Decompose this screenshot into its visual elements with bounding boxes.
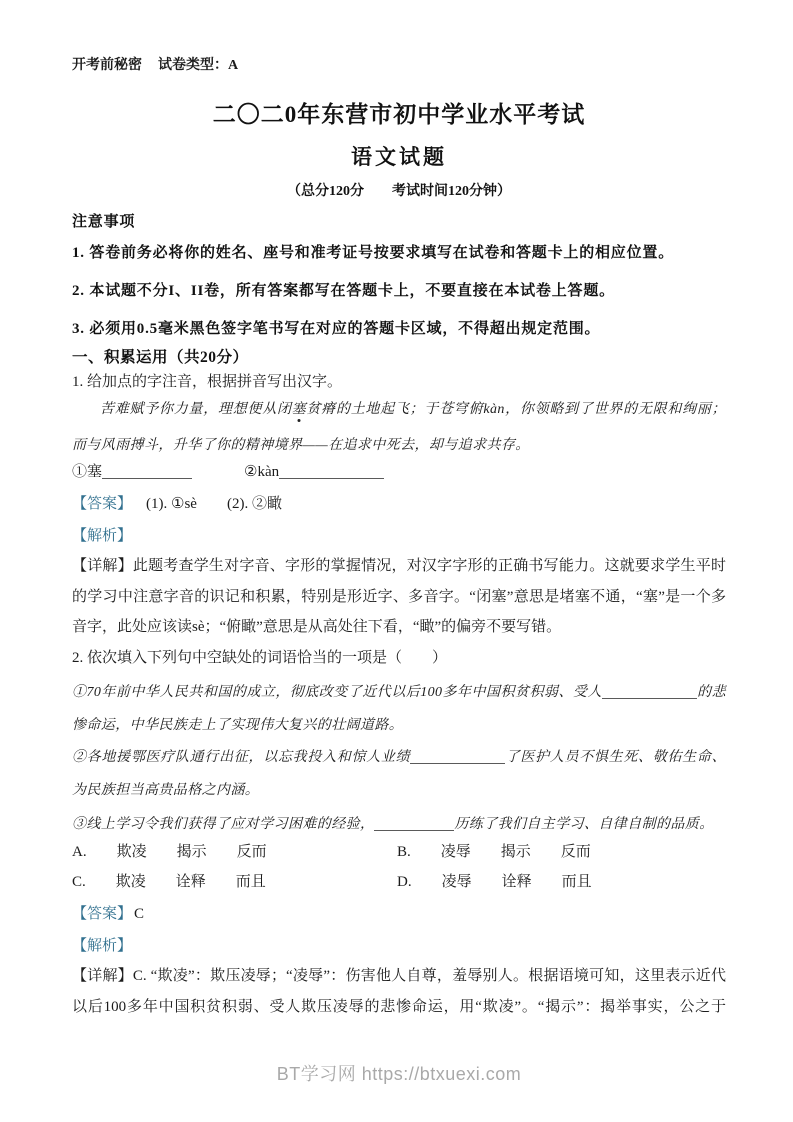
blank-underline [602, 684, 697, 699]
option-D-word-1: 凌辱 [442, 874, 472, 890]
q2-answer-text: C [134, 906, 144, 922]
blank-underline [410, 749, 505, 764]
q2-item-1: ①70年前中华人民共和国的成立，彻底改变了近代以后100多年中国积贫积弱、受人的… [72, 676, 726, 742]
notices-heading: 注意事项 [72, 210, 726, 231]
q2-item-3: ③线上学习令我们获得了应对学习困难的经验，历练了我们自主学习、自律自制的品质。 [72, 808, 726, 841]
subject-title: 语文试题 [72, 141, 726, 171]
option-C-word-3: 而且 [236, 874, 266, 890]
option-A-label: A. [72, 844, 87, 860]
q1-answer-row: 【答案】(1). ①sè (2). ②瞰 [72, 492, 726, 513]
q2-answer-row: 【答案】C [72, 902, 726, 923]
option-D-word-3: 而且 [562, 874, 592, 890]
q1-passage: 苦难赋予你力量，理想便从闭塞贫瘠的土地起飞；于苍穹俯kàn，你领略到了世界的无限… [72, 392, 726, 464]
answer-label: 【答案】 [72, 496, 132, 512]
option-B-word-2: 揭示 [501, 844, 531, 860]
q2-detail-text: C. “欺凌”：欺压凌辱；“凌辱”：伤害他人自尊，羞辱别人。根据语境可知，这里表… [72, 968, 726, 1025]
answer-label: 【答案】 [72, 906, 132, 922]
option-B: B.凌辱揭示反而 [397, 840, 591, 861]
q1-blank-2-label: ②kàn [244, 464, 279, 480]
exam-meta: （总分120分 考试时间120分钟） [72, 180, 726, 200]
q2-analysis-row: 【解析】 [72, 934, 726, 955]
blank-underline [279, 464, 384, 479]
exam-paper-page: 开考前秘密试卷类型：A 二〇二0年东营市初中学业水平考试 语文试题 （总分120… [0, 0, 793, 1122]
notice-item-1: 1. 答卷前务必将你的姓名、座号和准考证号按要求填写在试卷和答题卡上的相应位置。 [72, 241, 726, 262]
option-C: C.欺凌诠释而且 [72, 870, 266, 891]
option-C-label: C. [72, 874, 86, 890]
secrecy-row: 开考前秘密试卷类型：A [72, 54, 726, 74]
option-A-word-1: 欺凌 [117, 844, 147, 860]
q1-detail: 【详解】此题考查学生对字音、字形的掌握情况，对汉字字形的正确书写能力。这就要求学… [72, 551, 726, 646]
q1-passage-pre: 苦难赋予你力量，理想便从闭 [100, 402, 292, 417]
q1-blank-row: ①塞②kàn [72, 460, 726, 481]
blank-underline [374, 816, 454, 831]
q2-item-2-pre: ②各地援鄂医疗队通行出征，以忘我投入和惊人业绩 [72, 750, 410, 765]
q1-blank-2: ②kàn [244, 464, 384, 480]
q2-stem: 2. 依次填入下列句中空缺处的词语恰当的一项是（ ） [72, 646, 726, 667]
option-D-label: D. [397, 874, 412, 890]
q2-options-row-1: A.欺凌揭示反而 B.凌辱揭示反而 [72, 840, 726, 862]
q1-dotted-char: 塞 [292, 402, 307, 417]
q1-answer-text: (1). ①sè (2). ②瞰 [146, 496, 282, 512]
notice-item-3: 3. 必须用0.5毫米黑色签字笔书写在对应的答题卡区域，不得超出规定范围。 [72, 317, 726, 338]
section-1-heading: 一、积累运用（共20分） [72, 345, 726, 367]
q2-item-2: ②各地援鄂医疗队通行出征，以忘我投入和惊人业绩了医护人员不惧生死、敬佑生命、为民… [72, 741, 726, 807]
option-C-word-1: 欺凌 [116, 874, 146, 890]
paper-type-label: 试卷类型：A [158, 58, 238, 73]
option-D-word-2: 诠释 [502, 874, 532, 890]
option-C-word-2: 诠释 [176, 874, 206, 890]
q2-options-row-2: C.欺凌诠释而且 D.凌辱诠释而且 [72, 870, 726, 892]
q2-item-3-post: 历练了我们自主学习、自律自制的品质。 [454, 817, 713, 832]
q2-detail: 【详解】C. “欺凌”：欺压凌辱；“凌辱”：伤害他人自尊，羞辱别人。根据语境可知… [72, 961, 726, 1025]
detail-label: 【详解】 [72, 558, 133, 574]
q1-stem: 1. 给加点的字注音，根据拼音写出汉字。 [72, 370, 726, 391]
option-A: A.欺凌揭示反而 [72, 840, 267, 861]
analysis-label: 【解析】 [72, 938, 132, 954]
q1-detail-text: 此题考查学生对字音、字形的掌握情况，对汉字字形的正确书写能力。这就要求学生平时的… [72, 558, 726, 635]
option-A-word-2: 揭示 [177, 844, 207, 860]
detail-label: 【详解】 [72, 968, 133, 984]
q2-item-1-pre: ①70年前中华人民共和国的成立，彻底改变了近代以后100多年中国积贫积弱、受人 [72, 685, 602, 700]
option-D: D.凌辱诠释而且 [397, 870, 592, 891]
footer-link[interactable]: BT学习网 https://btxuexi.com [277, 1064, 522, 1084]
option-A-word-3: 反而 [237, 844, 267, 860]
blank-underline [102, 464, 192, 479]
q1-blank-1: ①塞 [72, 464, 192, 480]
option-B-label: B. [397, 844, 411, 860]
q1-analysis-row: 【解析】 [72, 524, 726, 545]
footer-watermark: BT学习网 https://btxuexi.com [72, 1060, 726, 1086]
q1-blank-1-label: ①塞 [72, 464, 102, 480]
q2-item-3-pre: ③线上学习令我们获得了应对学习困难的经验， [72, 817, 374, 832]
option-B-word-1: 凌辱 [441, 844, 471, 860]
option-B-word-3: 反而 [561, 844, 591, 860]
secrecy-label: 开考前秘密 [72, 58, 142, 73]
notice-item-2: 2. 本试题不分I、II卷，所有答案都写在答题卡上，不要直接在本试卷上答题。 [72, 279, 726, 300]
analysis-label: 【解析】 [72, 528, 132, 544]
page-title: 二〇二0年东营市初中学业水平考试 [72, 96, 726, 129]
